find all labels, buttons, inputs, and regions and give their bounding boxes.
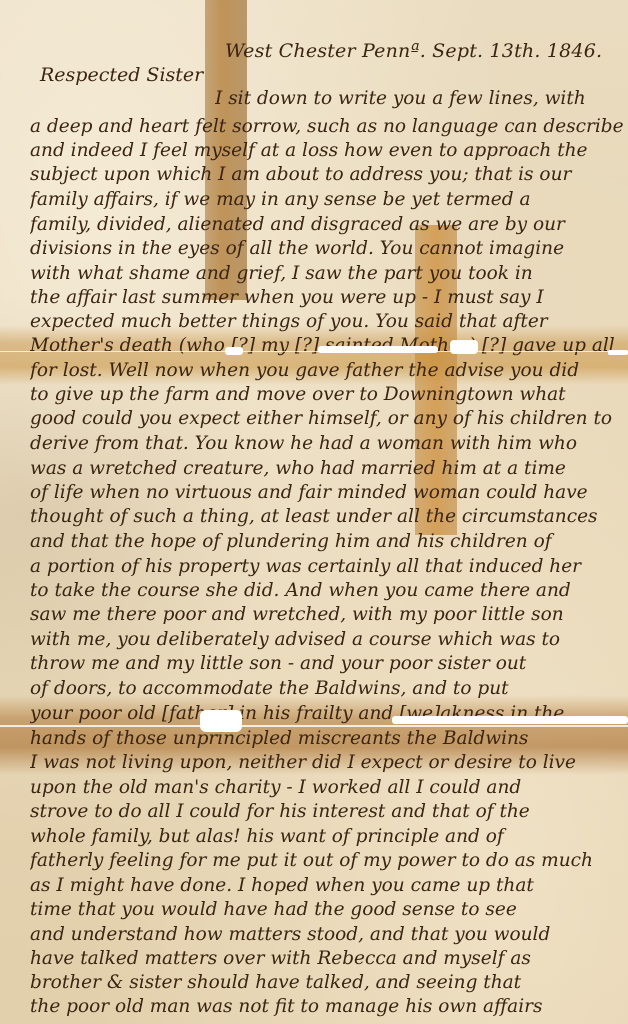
letter-line: with what shame and grief, I saw the par… bbox=[30, 263, 628, 284]
letter-line: I sit down to write you a few lines, wit… bbox=[215, 88, 628, 109]
letter-line: upon the old man's charity - I worked al… bbox=[30, 777, 628, 798]
letter-line: of doors, to accommodate the Baldwins, a… bbox=[30, 678, 628, 699]
letter-line: throw me and my little son - and your po… bbox=[30, 653, 628, 674]
letter-line: of life when no virtuous and fair minded… bbox=[30, 482, 628, 503]
letter-line: and indeed I feel myself at a loss how e… bbox=[30, 140, 628, 161]
letter-text: West Chester Pennª. Sept. 13th. 1846. Re… bbox=[0, 0, 628, 1024]
letter-line: Mother's death (who [?] my [?] sainted M… bbox=[30, 335, 628, 356]
letter-line: expected much better things of you. You … bbox=[30, 311, 628, 332]
letter-line: with me, you deliberately advised a cour… bbox=[30, 629, 628, 650]
letter-line: thought of such a thing, at least under … bbox=[30, 506, 628, 527]
letter-line: family, divided, alienated and disgraced… bbox=[30, 214, 628, 235]
salutation: Respected Sister bbox=[40, 64, 203, 86]
letter-line: subject upon which I am about to address… bbox=[30, 164, 628, 185]
letter-line: divisions in the eyes of all the world. … bbox=[30, 238, 628, 259]
letter-line: I was not living upon, neither did I exp… bbox=[30, 752, 628, 773]
letter-line: saw me there poor and wretched, with my … bbox=[30, 604, 628, 625]
letter-line: have talked matters over with Rebecca an… bbox=[30, 948, 628, 969]
letter-line: the poor old man was not fit to manage h… bbox=[30, 996, 628, 1017]
letter-line: and that the hope of plundering him and … bbox=[30, 531, 628, 552]
letter-line: a deep and heart felt sorrow, such as no… bbox=[30, 116, 628, 137]
letter-line: the affair last summer when you were up … bbox=[30, 287, 628, 308]
letter-line: to take the course she did. And when you… bbox=[30, 580, 628, 601]
letter-line: hands of those unprincipled miscreants t… bbox=[30, 728, 628, 749]
letter-line: time that you would have had the good se… bbox=[30, 899, 628, 920]
letter-line: fatherly feeling for me put it out of my… bbox=[30, 850, 628, 871]
letter-line: whole family, but alas! his want of prin… bbox=[30, 826, 628, 847]
letter-line: and understand how matters stood, and th… bbox=[30, 924, 628, 945]
letter-line: for lost. Well now when you gave father … bbox=[30, 360, 628, 381]
letter-page: West Chester Pennª. Sept. 13th. 1846. Re… bbox=[0, 0, 628, 1024]
dateline: West Chester Pennª. Sept. 13th. 1846. bbox=[225, 40, 602, 62]
letter-line: to give up the farm and move over to Dow… bbox=[30, 384, 628, 405]
letter-line: family affairs, if we may in any sense b… bbox=[30, 189, 628, 210]
letter-line: strove to do all I could for his interes… bbox=[30, 801, 628, 822]
letter-line: a portion of his property was certainly … bbox=[30, 556, 628, 577]
letter-line: as I might have done. I hoped when you c… bbox=[30, 875, 628, 896]
letter-line: good could you expect either himself, or… bbox=[30, 408, 628, 429]
letter-line: was a wretched creature, who had married… bbox=[30, 458, 628, 479]
letter-line: brother & sister should have talked, and… bbox=[30, 972, 628, 993]
letter-line: derive from that. You know he had a woma… bbox=[30, 433, 628, 454]
letter-line: your poor old [father] in his frailty an… bbox=[30, 703, 628, 724]
